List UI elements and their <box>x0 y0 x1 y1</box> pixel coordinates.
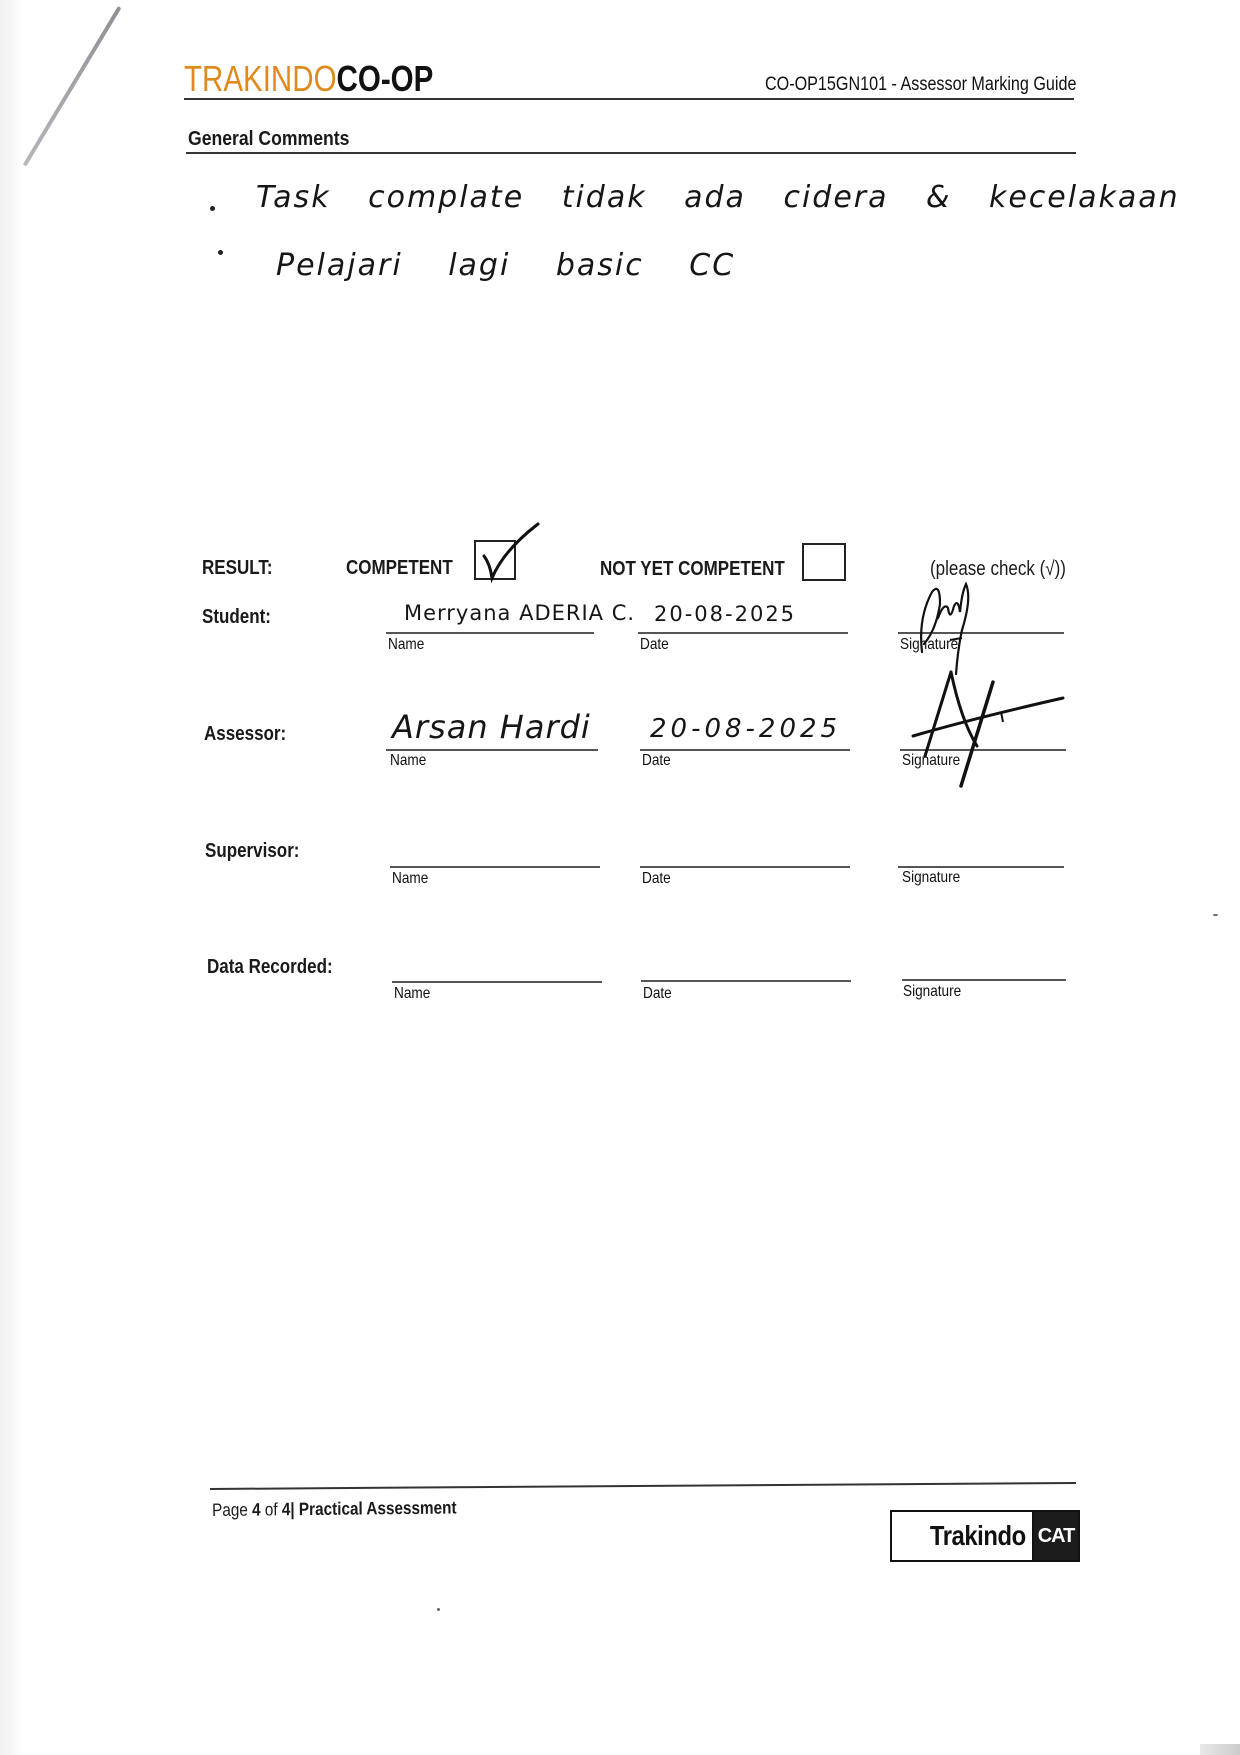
supervisor-signature-caption: Signature <box>902 869 960 887</box>
scan-edge-shadow <box>0 0 24 1755</box>
footer-rule <box>210 1482 1076 1490</box>
assessor-date-caption: Date <box>642 752 671 770</box>
footer-section: Practical Assessment <box>295 1497 457 1519</box>
scan-speck <box>1213 914 1218 916</box>
bullet-icon <box>218 250 223 255</box>
student-date-line <box>638 632 848 634</box>
student-name-line <box>386 632 594 634</box>
data-recorded-signature-line[interactable] <box>902 979 1066 981</box>
student-name-caption: Name <box>388 636 424 654</box>
not-yet-competent-label: NOT YET COMPETENT <box>600 558 785 581</box>
data-recorded-name-caption: Name <box>394 985 430 1003</box>
comment-line-1: Task complate tidak ada cidera & kecelak… <box>256 180 1180 215</box>
data-recorded-label: Data Recorded: <box>207 956 333 979</box>
logo-suffix: CO-OP <box>337 58 434 99</box>
data-recorded-signature-caption: Signature <box>903 983 961 1001</box>
data-recorded-name-line[interactable] <box>392 981 602 983</box>
assessor-label: Assessor: <box>204 723 286 746</box>
assessor-name-line <box>386 749 598 751</box>
page-current: 4 <box>252 1500 261 1520</box>
assessor-date-value: 20-08-2025 <box>650 714 841 744</box>
not-yet-competent-checkbox[interactable] <box>802 543 846 581</box>
footer-logo-name-text: Trakindo <box>930 1520 1026 1552</box>
comments-rule <box>186 152 1076 154</box>
page-of: of <box>261 1499 282 1519</box>
supervisor-name-line[interactable] <box>390 866 600 868</box>
bullet-icon <box>210 206 215 211</box>
page-indicator: Page 4 of 4| Practical Assessment <box>212 1497 457 1521</box>
supervisor-date-caption: Date <box>642 870 671 888</box>
data-recorded-date-line[interactable] <box>641 980 851 982</box>
page-total: 4 <box>282 1499 291 1519</box>
comment-line-2: Pelajari lagi basic CC <box>276 248 735 283</box>
header-rule <box>184 98 1074 100</box>
scan-corner-artifact <box>1200 1744 1240 1755</box>
page-prefix: Page <box>212 1500 252 1520</box>
assessor-name-value: Arsan Hardi <box>392 708 591 746</box>
assessor-name-caption: Name <box>390 752 426 770</box>
trakindo-coop-logo: TRAKINDOCO-OP <box>184 58 433 100</box>
scan-streak <box>23 6 122 167</box>
competent-label: COMPETENT <box>346 557 453 580</box>
supervisor-name-caption: Name <box>392 870 428 888</box>
checkmark-icon <box>470 520 542 584</box>
student-date-value: 20-08-2025 <box>654 602 796 626</box>
cat-logo-icon: CAT <box>1032 1512 1078 1560</box>
assessor-date-line <box>640 749 850 751</box>
document-code: CO-OP15GN101 - Assessor Marking Guide <box>765 74 1076 96</box>
supervisor-date-line[interactable] <box>640 866 850 868</box>
supervisor-label: Supervisor: <box>205 840 299 863</box>
trakindo-cat-logo: Trakindo CAT <box>890 1510 1080 1562</box>
logo-brand: TRAKINDO <box>184 58 337 99</box>
student-name-value: Merryana ADERIA C. <box>404 601 635 625</box>
scan-speck <box>437 1608 440 1611</box>
footer-logo-name: Trakindo <box>892 1512 1032 1560</box>
assessor-signature <box>905 660 1065 790</box>
student-label: Student: <box>202 606 271 629</box>
general-comments-title: General Comments <box>188 128 349 151</box>
student-date-caption: Date <box>640 636 669 654</box>
data-recorded-date-caption: Date <box>643 985 672 1003</box>
result-label: RESULT: <box>202 557 273 580</box>
supervisor-signature-line[interactable] <box>898 866 1064 868</box>
